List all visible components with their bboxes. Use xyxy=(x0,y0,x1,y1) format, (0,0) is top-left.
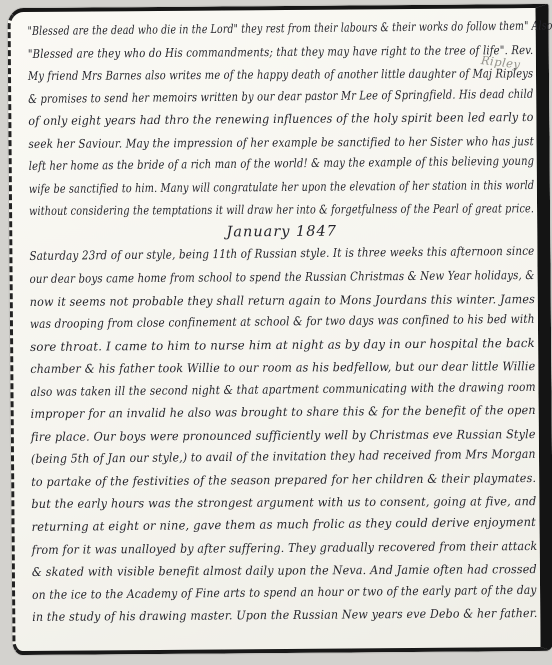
diary-page: Ripley "Blessed are the dead who die in … xyxy=(7,4,552,655)
manuscript-line: "Blessed are they who do His commandment… xyxy=(28,39,534,66)
manuscript-line: sore throat. I came to him to nurse him … xyxy=(30,332,535,359)
manuscript-line: to partake of the festivities of the sea… xyxy=(31,467,536,494)
manuscript-line: of only eight years had thro the renewin… xyxy=(28,106,533,133)
manuscript-line: improper for an invalid he also was brou… xyxy=(31,399,536,426)
manuscript-line: wife be sanctified to him. Many will con… xyxy=(29,174,535,201)
manuscript-line: from for it was unalloyed by after suffe… xyxy=(32,535,538,562)
manuscript-line: in the study of his drawing master. Upon… xyxy=(32,602,538,629)
manuscript-line: our dear boys came home from school to s… xyxy=(30,264,535,291)
manuscript-line: without considering the temptations it w… xyxy=(29,198,534,223)
manuscript-text: "Blessed are the dead who die in the Lor… xyxy=(28,16,538,645)
